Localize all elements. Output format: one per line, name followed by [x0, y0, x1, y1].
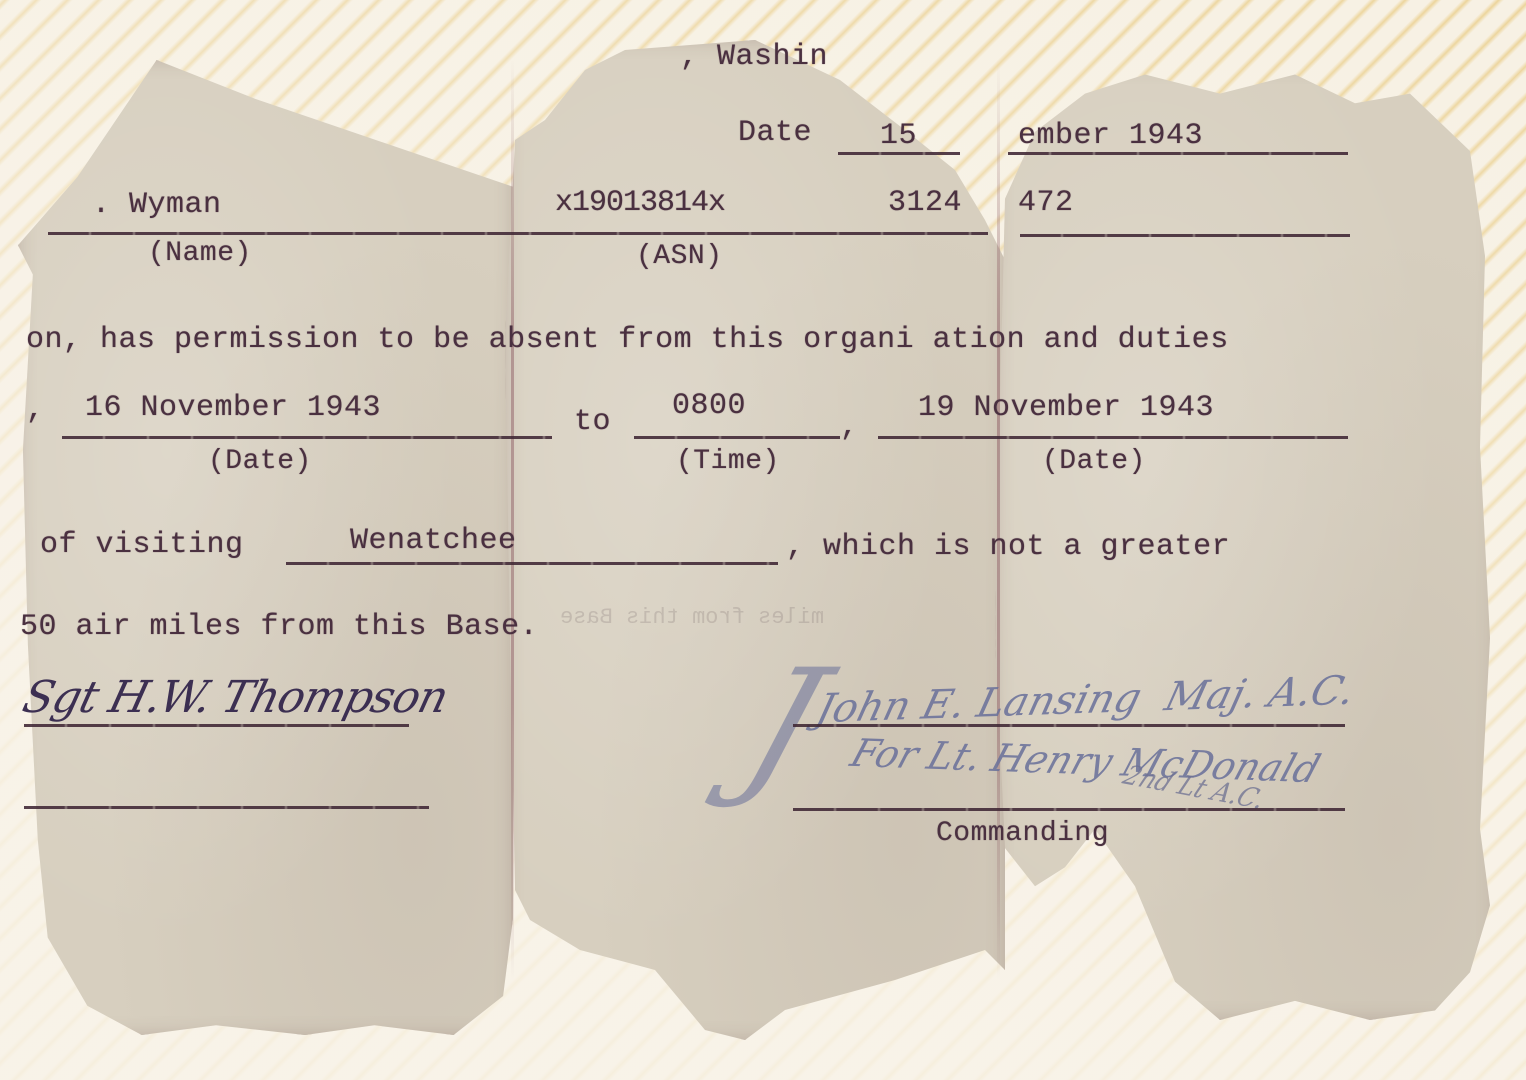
visiting-prefix: of visiting — [40, 530, 244, 560]
commanding-caption: Commanding — [936, 820, 1109, 848]
from-date-underline — [62, 436, 552, 439]
date-underline-right — [1008, 152, 1348, 155]
name-asn-underline-right — [1020, 234, 1350, 237]
signature-thompson: Sgt H.W. Thompson — [19, 676, 452, 720]
visiting-place: Wenatchee — [350, 526, 517, 556]
show-through-text: miles from this Base — [560, 605, 824, 630]
from-date-caption: (Date) — [208, 448, 312, 476]
visiting-underline — [286, 562, 778, 565]
asn-struck-value: x19013814x — [555, 188, 725, 218]
from-prefix: , — [26, 395, 45, 425]
signature-line-for — [793, 808, 1345, 811]
signature-line-left — [24, 724, 409, 727]
to-date: 19 November 1943 — [918, 393, 1214, 423]
signature-line-commander — [793, 724, 1345, 727]
blank-line-left — [24, 806, 429, 809]
to-time: 0800 — [672, 391, 746, 421]
visiting-suffix: , which is not a greater — [786, 532, 1230, 562]
name-asn-underline — [48, 232, 988, 235]
date-value-right: ember 1943 — [1018, 121, 1203, 151]
date-label: Date — [738, 118, 812, 148]
asn-caption: (ASN) — [636, 243, 723, 271]
from-date: 16 November 1943 — [85, 393, 381, 423]
to-time-caption: (Time) — [676, 448, 780, 476]
date-underline-left — [838, 152, 960, 155]
permission-text: on, has permission to be absent from thi… — [26, 325, 1229, 355]
to-comma: , — [840, 412, 859, 442]
asn-value-left: 3124 — [888, 188, 962, 218]
date-value-left: 15 — [880, 121, 917, 151]
name-caption: (Name) — [148, 240, 252, 268]
header-fragment: , Washin — [680, 42, 828, 72]
fold-crease-left — [511, 60, 514, 980]
to-date-underline — [878, 436, 1348, 439]
to-time-underline — [634, 436, 840, 439]
name-value: . Wyman — [92, 190, 222, 220]
to-word: to — [574, 407, 611, 437]
to-date-caption: (Date) — [1042, 448, 1146, 476]
distance-text: 50 air miles from this Base. — [20, 612, 538, 642]
asn-value-right: 472 — [1018, 188, 1074, 218]
